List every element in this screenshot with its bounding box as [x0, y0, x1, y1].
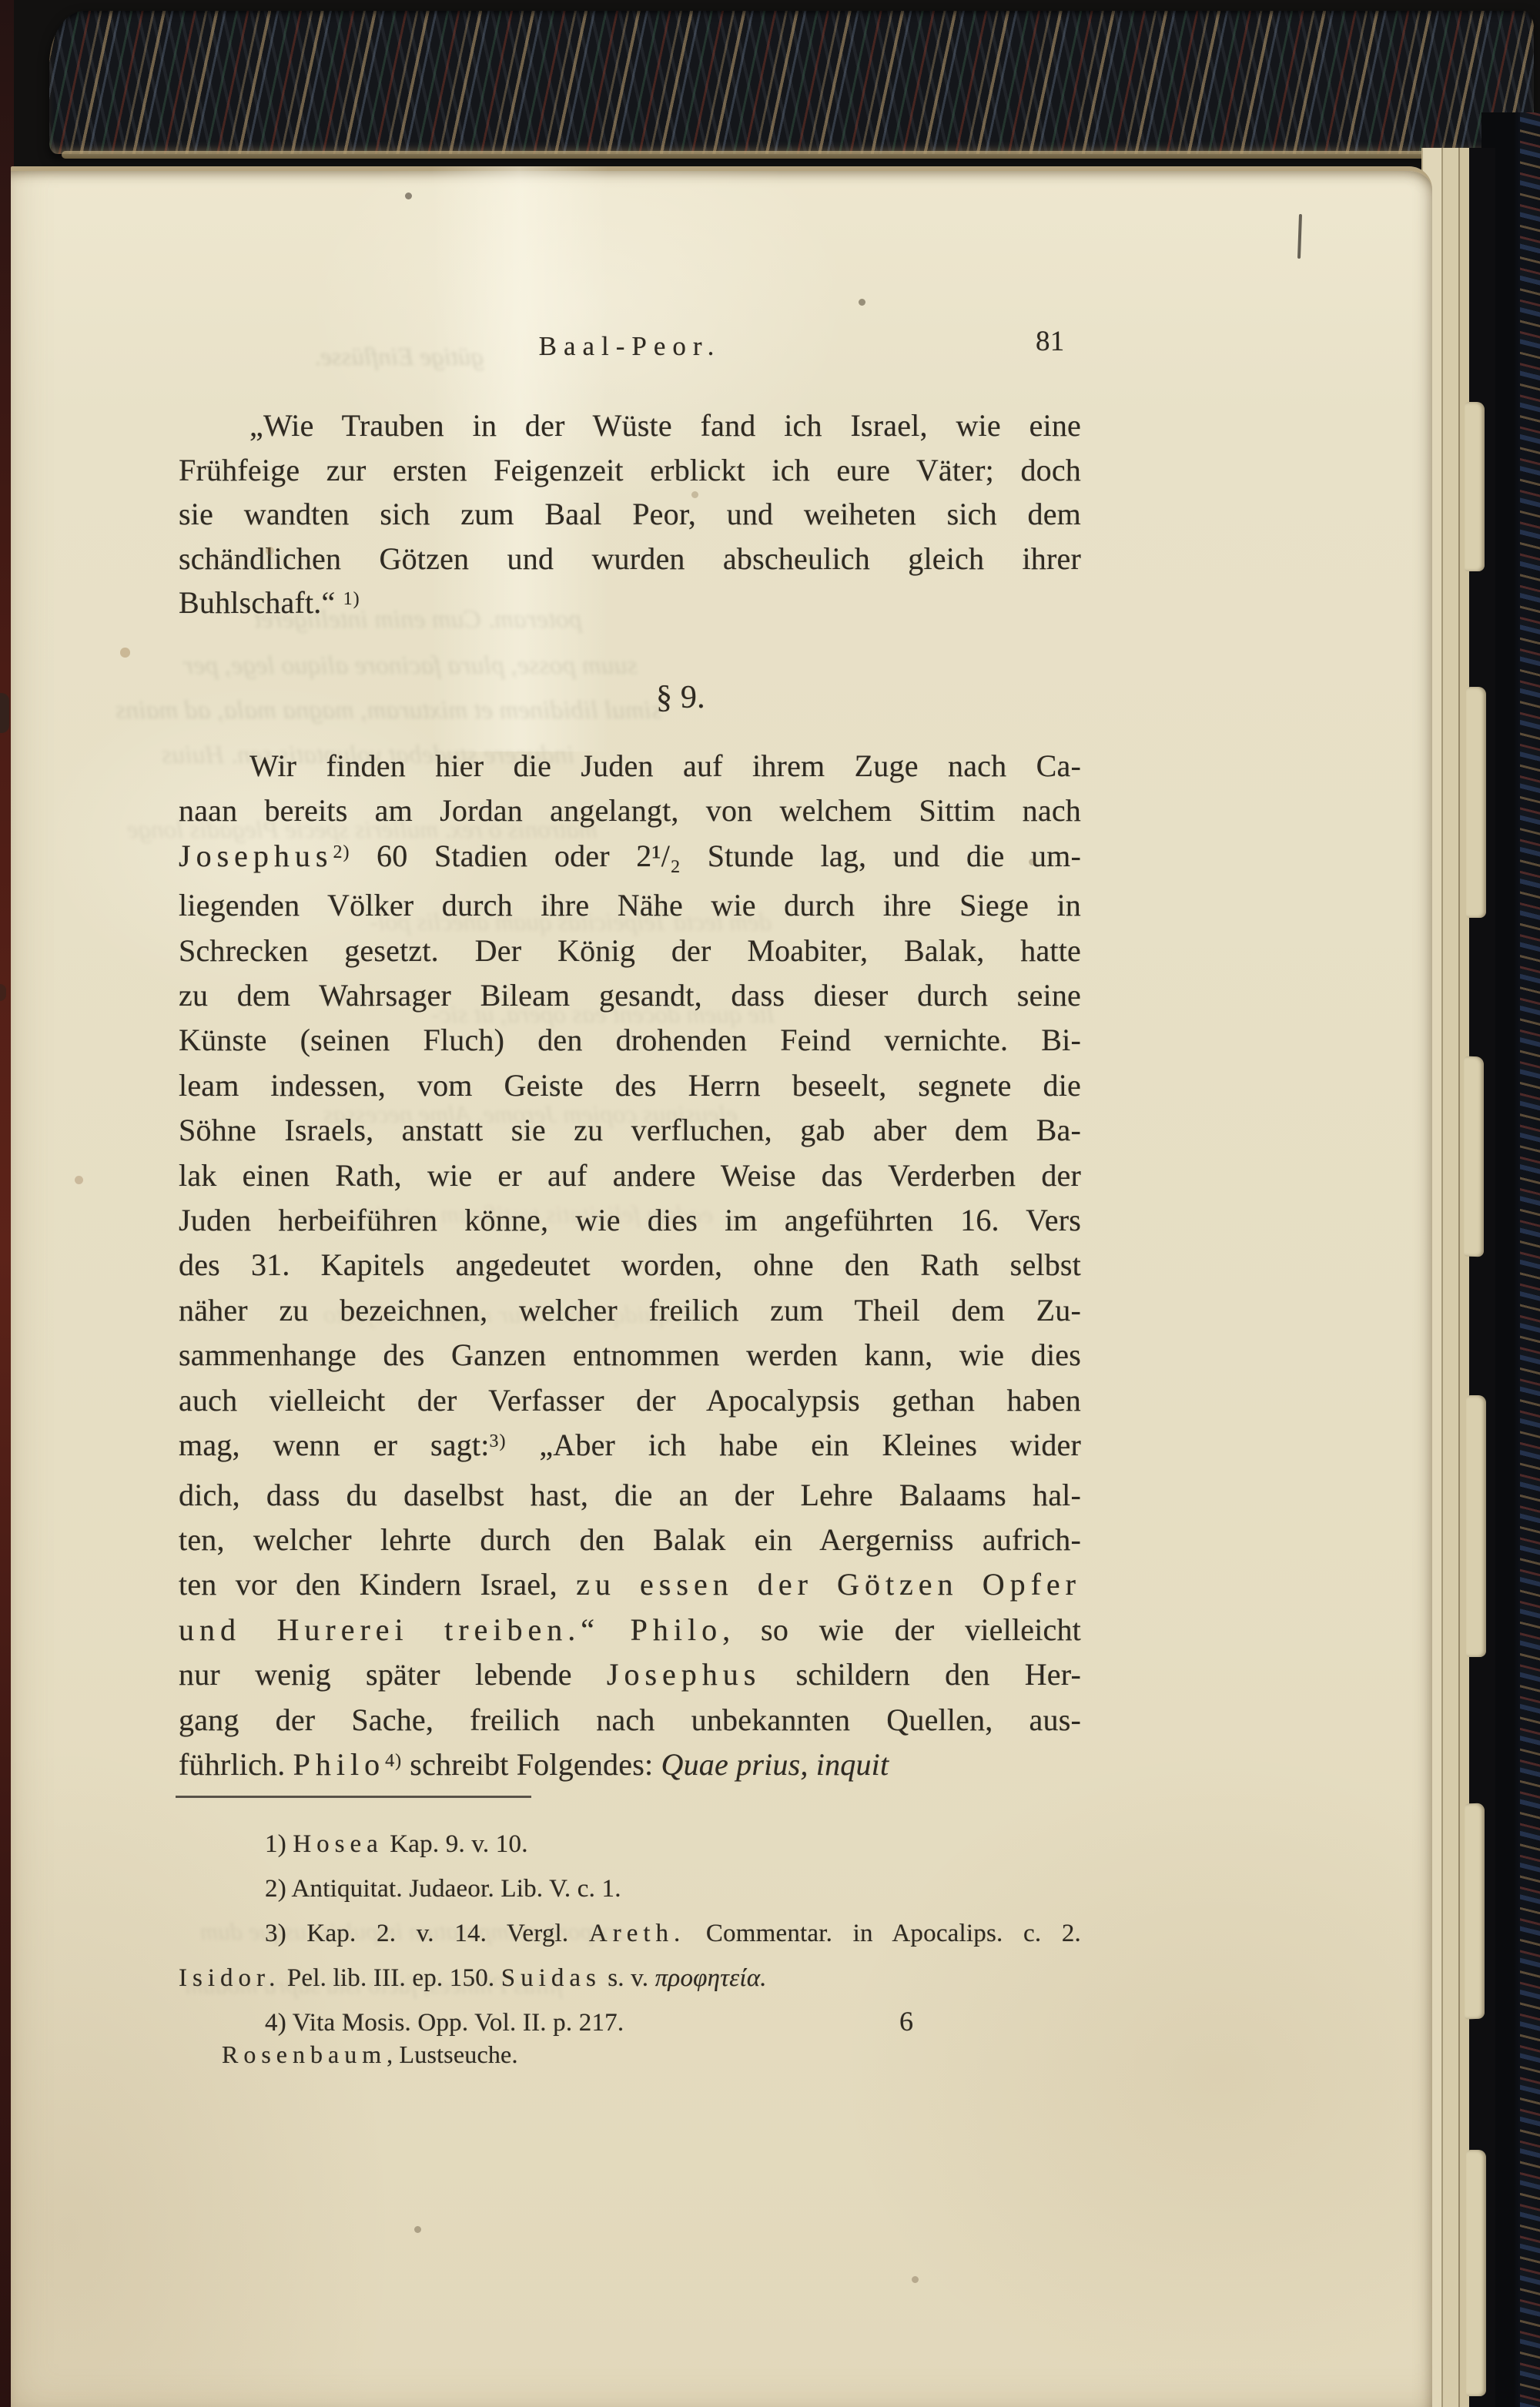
text-segment: lak einen Rath, wie er auf andere Weise …: [179, 1158, 1081, 1193]
text-segment: mag, wenn er sagt:: [179, 1428, 490, 1462]
body-paragraph: Wir finden hier die Juden auf ihrem Zuge…: [179, 744, 1081, 1792]
text-segment: schändlichen Götzen und wurden abscheuli…: [179, 541, 1081, 576]
marbling-pattern: [1520, 112, 1540, 2407]
text-segment: Kap. 9. v. 10.: [383, 1830, 528, 1858]
text-segment: Juden herbeiführen könne, wie dies im an…: [179, 1203, 1081, 1237]
text-line: Juden herbeiführen könne, wie dies im an…: [179, 1198, 1081, 1243]
text-line: gang der Sache, freilich nach unbekannte…: [179, 1698, 1081, 1742]
book-scan-canvas: gütige Einflüsse.poteram. Cum enim intel…: [0, 0, 1540, 2407]
text-segment: προφητεία.: [655, 1964, 767, 1992]
text-line: leam indessen, vom Geiste des Herrn bese…: [179, 1063, 1081, 1108]
text-segment: Rosenbaum: [222, 2040, 387, 2068]
text-line: des 31. Kapitels angedeutet worden, ohne…: [179, 1243, 1081, 1287]
text-segment: ten vor den Kindern Israel,: [179, 1567, 576, 1602]
page-edge-torn-chunk: [1465, 402, 1485, 571]
text-segment: schreibt Folgendes:: [402, 1747, 661, 1782]
cover-bottom-edge: [62, 151, 1494, 159]
text-segment: zu essen der Götzen Opfer: [576, 1567, 1081, 1602]
text-segment: ten, welcher lehrte durch den Balak ein …: [179, 1522, 1081, 1557]
text-line: sie wandten sich zum Baal Peor, und weih…: [179, 492, 1081, 537]
text-line: mag, wenn er sagt:3) „Aber ich habe ein …: [179, 1423, 1081, 1472]
page-edge-stack: [1421, 148, 1495, 2407]
text-segment: dich, dass du daselbst hast, die an der …: [179, 1478, 1081, 1512]
section-heading: § 9.: [656, 679, 705, 716]
text-line: schändlichen Götzen und wurden abscheuli…: [179, 537, 1081, 581]
text-line: Wir finden hier die Juden auf ihrem Zuge…: [179, 744, 1081, 788]
text-segment: 1): [265, 1830, 293, 1858]
page-edge-torn-chunk: [1466, 1395, 1486, 1657]
text-segment: Isidor.: [179, 1964, 280, 1992]
footnote-separator-rule: [176, 1796, 531, 1798]
text-segment: [600, 1612, 631, 1647]
quote-paragraph: „Wie Trauben in der Wüste fand ich Israe…: [179, 403, 1081, 631]
text-segment: zu dem Wahrsager Bileam gesandt, dass di…: [179, 978, 1081, 1013]
page-edge-torn-chunk: [1466, 687, 1486, 918]
text-line: zu dem Wahrsager Bileam gesandt, dass di…: [179, 973, 1081, 1018]
text-line: lak einen Rath, wie er auf andere Weise …: [179, 1153, 1081, 1198]
text-line: Frühfeige zur ersten Feigenzeit erblickt…: [179, 448, 1081, 493]
text-segment: Söhne Israels, anstatt sie zu verfluchen…: [179, 1113, 1081, 1147]
text-segment: Philo: [293, 1747, 385, 1782]
text-segment: Suidas: [501, 1964, 601, 1992]
text-segment: und Hurerei treiben.“: [179, 1612, 600, 1647]
text-line: auch vielleicht der Verfasser der Apocal…: [179, 1378, 1081, 1423]
left-edge-notch: [0, 693, 9, 733]
text-segment: schildern den Her-: [761, 1657, 1081, 1692]
text-line: Rosenbaum, Lustseuche.: [222, 2039, 915, 2070]
printer-signature: Rosenbaum, Lustseuche.: [222, 2039, 915, 2070]
text-line: ten, welcher lehrte durch den Balak ein …: [179, 1518, 1081, 1562]
text-line: dich, dass du daselbst hast, die an der …: [179, 1473, 1081, 1518]
text-segment: Pel. lib. III. ep. 150.: [280, 1964, 500, 1992]
text-segment: Quae prius, inquit: [661, 1747, 889, 1782]
text-line: und Hurerei treiben.“ Philo, so wie der …: [179, 1608, 1081, 1652]
text-segment: 4) Vita Mosis. Opp. Vol. II. p. 217.: [265, 2009, 624, 2037]
text-line: Josephus2) 60 Stadien oder 2¹/₂ Stunde l…: [179, 834, 1081, 883]
text-segment: näher zu bezeichnen, welcher freilich zu…: [179, 1293, 1081, 1327]
text-segment: liegenden Völker durch ihre Nähe wie dur…: [179, 888, 1081, 922]
running-header: Baal-Peor.: [179, 331, 1081, 362]
text-segment: „Aber ich habe ein Kleines wider: [507, 1428, 1081, 1462]
text-line: 1) Hosea Kap. 9. v. 10.: [179, 1822, 1081, 1866]
text-line: naan bereits am Jordan angelangt, von we…: [179, 788, 1081, 833]
text-segment: Künste (seinen Fluch) den drohenden Fein…: [179, 1023, 1081, 1057]
text-segment: führlich.: [179, 1747, 293, 1782]
text-line: führlich. Philo4) schreibt Folgendes: Qu…: [179, 1742, 1081, 1792]
text-segment: 3): [490, 1431, 507, 1451]
text-segment: 60 Stadien oder 2¹/₂ Stunde lag, und die…: [350, 839, 1081, 873]
text-segment: Josephus: [607, 1657, 761, 1692]
text-segment: Areth.: [589, 1920, 685, 1947]
text-segment: Schrecken gesetzt. Der König der Moabite…: [179, 933, 1081, 968]
text-segment: leam indessen, vom Geiste des Herrn bese…: [179, 1068, 1081, 1103]
text-segment: , so wie der vielleicht: [722, 1612, 1081, 1647]
text-line: 2) Antiquitat. Judaeor. Lib. V. c. 1.: [179, 1866, 1081, 1911]
page-edge-torn-chunk: [1465, 1803, 1485, 2020]
text-line: Isidor. Pel. lib. III. ep. 150. Suidas s…: [179, 1956, 1081, 2000]
text-segment: gang der Sache, freilich nach unbekannte…: [179, 1702, 1081, 1737]
text-segment: sie wandten sich zum Baal Peor, und weih…: [179, 497, 1081, 531]
text-line: ten vor den Kindern Israel, zu essen der…: [179, 1562, 1081, 1607]
text-segment: sammenhange des Ganzen entnommen werden …: [179, 1337, 1081, 1372]
sheet-number: 6: [899, 2005, 913, 2037]
text-line: Schrecken gesetzt. Der König der Moabite…: [179, 929, 1081, 973]
text-segment: s. v.: [601, 1964, 655, 1992]
text-segment: Buhlschaft.“: [179, 585, 343, 620]
text-segment: 3) Kap. 2. v. 14. Vergl.: [265, 1920, 589, 1947]
text-line: sammenhange des Ganzen entnommen werden …: [179, 1333, 1081, 1378]
text-segment: Wir finden hier die Juden auf ihrem Zuge…: [249, 748, 1081, 783]
text-segment: 2): [333, 842, 350, 862]
text-segment: , Lustseuche.: [387, 2040, 518, 2068]
text-line: nur wenig später lebende Josephus schild…: [179, 1652, 1081, 1697]
text-segment: 1): [343, 589, 360, 609]
text-segment: 4): [385, 1751, 402, 1771]
text-segment: „Wie Trauben in der Wüste fand ich Israe…: [249, 408, 1081, 443]
text-segment: Philo: [631, 1612, 722, 1647]
text-segment: 2) Antiquitat. Judaeor. Lib. V. c. 1.: [265, 1875, 621, 1903]
text-segment: nur wenig später lebende: [179, 1657, 607, 1692]
text-line: liegenden Völker durch ihre Nähe wie dur…: [179, 883, 1081, 928]
text-line: Künste (seinen Fluch) den drohenden Fein…: [179, 1018, 1081, 1063]
text-line: näher zu bezeichnen, welcher freilich zu…: [179, 1288, 1081, 1333]
text-segment: auch vielleicht der Verfasser der Apocal…: [179, 1383, 1081, 1418]
text-line: Buhlschaft.“ 1): [179, 581, 1081, 631]
text-segment: des 31. Kapitels angedeutet worden, ohne…: [179, 1247, 1081, 1282]
text-segment: Frühfeige zur ersten Feigenzeit erblickt…: [179, 453, 1081, 487]
page-edge-torn-chunk: [1466, 2150, 1486, 2396]
text-line: Söhne Israels, anstatt sie zu verfluchen…: [179, 1108, 1081, 1153]
text-segment: naan bereits am Jordan angelangt, von we…: [179, 793, 1081, 828]
page-edge-torn-chunk: [1464, 1056, 1484, 1257]
text-segment: Josephus: [179, 839, 333, 873]
marbled-cover-top-band: [49, 11, 1534, 154]
footnotes: 1) Hosea Kap. 9. v. 10.2) Antiquitat. Ju…: [179, 1822, 1081, 2045]
page-number: 81: [1036, 325, 1064, 358]
text-segment: Hosea: [293, 1830, 383, 1858]
text-segment: Commentar. in Apocalips. c. 2.: [685, 1920, 1081, 1947]
text-line: „Wie Trauben in der Wüste fand ich Israe…: [179, 403, 1081, 448]
text-line: 3) Kap. 2. v. 14. Vergl. Areth. Commenta…: [179, 1911, 1081, 1956]
